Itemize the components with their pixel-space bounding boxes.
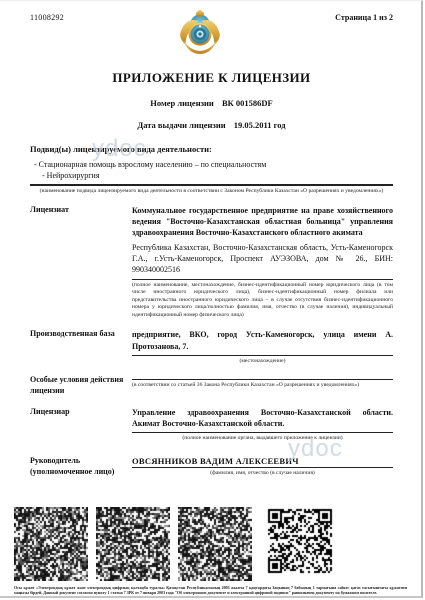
kazakhstan-coat-of-arms-icon — [177, 9, 223, 55]
datamatrix-barcode-1 — [14, 507, 88, 581]
licensor-caption: (полное наименование органа, выдавшего п… — [132, 435, 393, 443]
production-base-value: предприятие, ВКО, город Усть-Каменогорск… — [132, 329, 393, 351]
datamatrix-barcode-2 — [96, 507, 170, 581]
license-number-line: Номер лицензии ВК 001586DF — [30, 98, 393, 108]
divider — [132, 279, 393, 280]
special-conditions-caption: (в соответствии со статьей 36 Закона Рес… — [132, 382, 393, 390]
licensee-row: Лицензиат Коммунальное государственное п… — [30, 205, 393, 320]
license-date-value: 19.05.2011 год — [234, 120, 286, 130]
divider — [132, 355, 393, 356]
divider — [132, 432, 393, 433]
licensor-value: Управление здравоохранения Восточно-Каза… — [132, 407, 393, 429]
datamatrix-barcode-3 — [178, 507, 252, 581]
license-date-line: Дата выдачи лицензии 19.05.2011 год — [30, 120, 393, 130]
license-number-value: ВК 001586DF — [222, 98, 273, 108]
head-row: Руководитель (уполномоченное лицо) ОВСЯН… — [30, 456, 393, 478]
qr-code — [266, 507, 334, 575]
subtype-item: - Стационарная помощь взрослому населени… — [34, 160, 393, 169]
divider — [30, 184, 393, 186]
production-base-caption: (местонахождение) — [132, 358, 393, 366]
page-indicator: Страница 1 из 2 — [335, 9, 393, 22]
barcode-strip — [14, 507, 334, 581]
licensee-name: Коммунальное государственное предприятие… — [132, 205, 393, 239]
production-base-label: Производственная база — [30, 329, 132, 365]
licensor-row: Лицензиар Управление здравоохранения Вос… — [30, 407, 393, 443]
licensee-address: Республика Казахстан, Восточно-Казахстан… — [132, 242, 393, 276]
divider — [132, 467, 393, 468]
licensee-label: Лицензиат — [30, 205, 132, 320]
head-label: Руководитель (уполномоченное лицо) — [30, 456, 132, 478]
licensor-label: Лицензиар — [30, 407, 132, 443]
document-title: ПРИЛОЖЕНИЕ К ЛИЦЕНЗИИ — [30, 70, 393, 86]
subtype-heading: Подвид(ы) лицензируемого вида деятельнос… — [30, 144, 393, 154]
page-header: 11008292 — [30, 9, 393, 57]
subtype-caption: (наименование подвида лицензируемого вид… — [30, 188, 393, 196]
special-conditions-row: Особые условия действия лицензии (в соот… — [30, 375, 393, 397]
document-number: 11008292 — [30, 9, 64, 22]
divider — [132, 379, 393, 380]
license-appendix-page: 11008292 — [0, 0, 423, 598]
license-number-label: Номер лицензии — [150, 98, 214, 108]
head-name: ОВСЯННИКОВ ВАДИМ АЛЕКСЕЕВИЧ — [132, 456, 393, 466]
licensee-caption: (полное наименование, местонахождение, б… — [132, 282, 393, 320]
production-base-row: Производственная база предприятие, ВКО, … — [30, 329, 393, 365]
subtype-item: - Нейрохирургия — [42, 171, 393, 180]
special-conditions-label: Особые условия действия лицензии — [30, 375, 132, 397]
head-caption: (фамилия, имя, отчество (в случае наличи… — [132, 470, 393, 478]
license-date-label: Дата выдачи лицензии — [137, 120, 225, 130]
legal-footer-text: Осы құжат «Электрондық құжат және электр… — [14, 585, 407, 596]
